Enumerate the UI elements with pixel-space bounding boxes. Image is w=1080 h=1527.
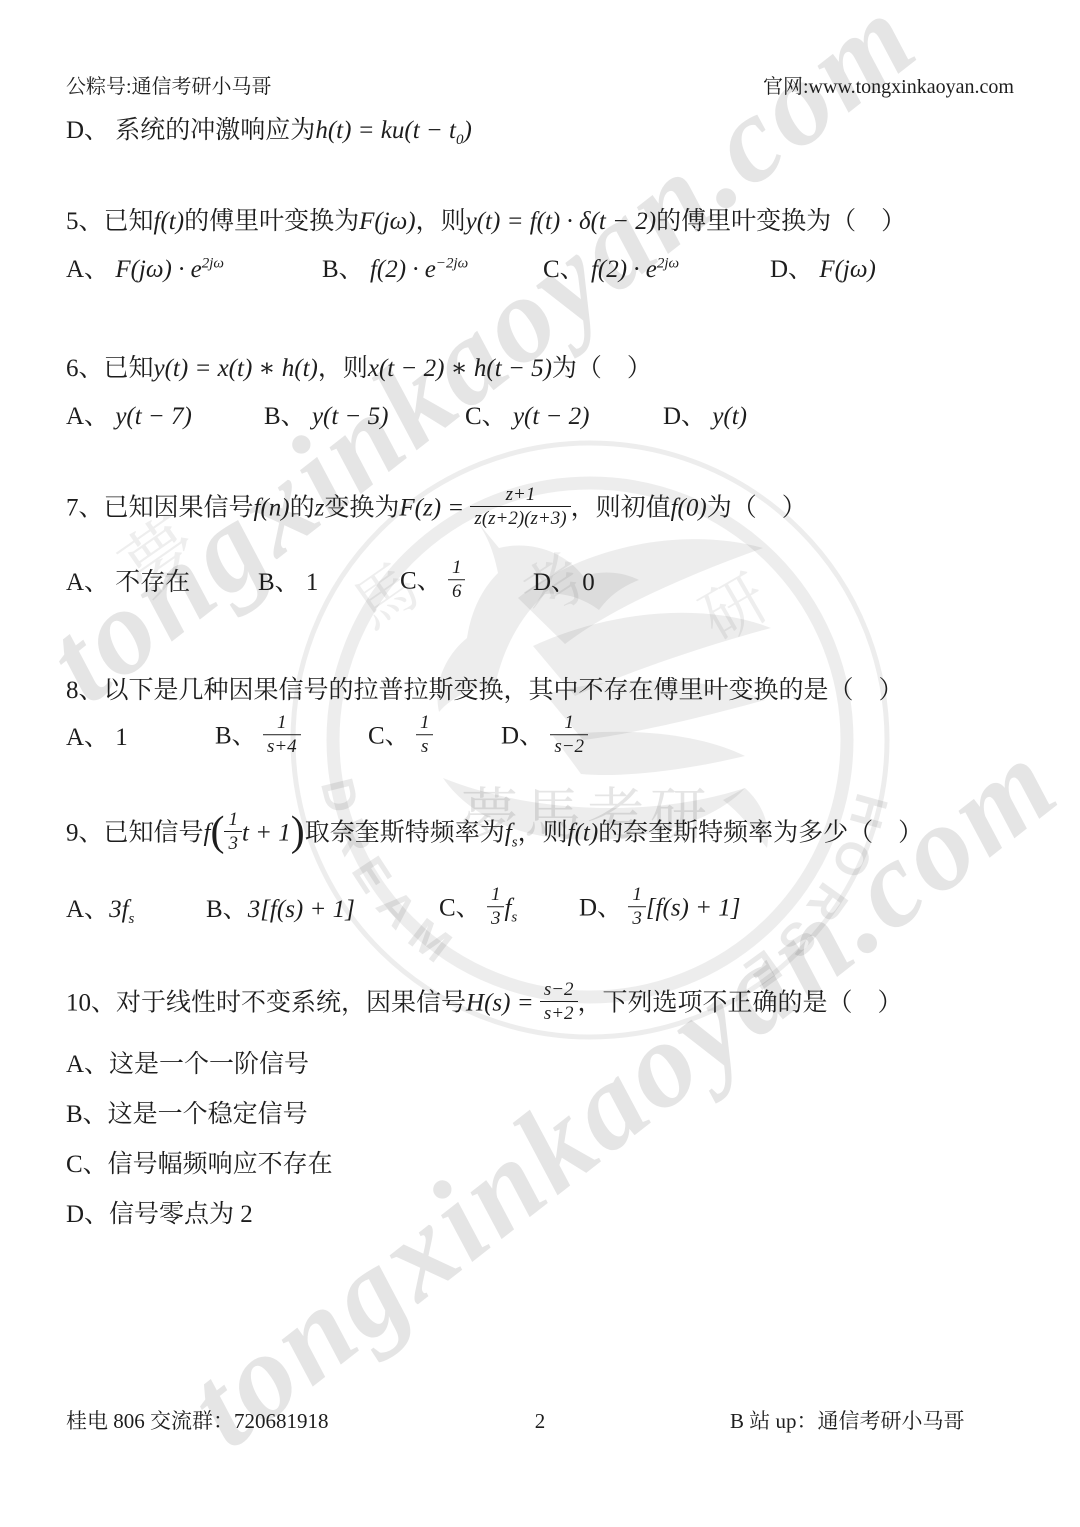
question-6-option-a: A、 y(t − 7) xyxy=(66,398,192,436)
question-7-options: A、 不存在 B、 1 C、 16 D、 0 xyxy=(0,548,1080,618)
carryover-option-d: D、 系统的冲激响应为h(t) = ku(t − t0) xyxy=(66,112,472,150)
question-6-option-b: B、 y(t − 5) xyxy=(264,398,389,436)
question-7-option-a: A、 不存在 xyxy=(66,564,190,602)
question-5-stem: 5、已知f(t)的傅里叶变换为F(jω)，则y(t) = f(t) · δ(t … xyxy=(66,203,906,241)
question-6-options: A、 y(t − 7) B、 y(t − 5) C、 y(t − 2) D、 y… xyxy=(0,392,1080,442)
header-left-account: 公粽号:通信考研小马哥 xyxy=(66,74,272,100)
question-6-option-c: C、 y(t − 2) xyxy=(465,398,590,436)
question-5-option-b: B、 f(2) · e−2jω xyxy=(322,251,468,289)
question-8-option-b: B、 1s+4 xyxy=(215,715,301,761)
question-9-stem: 9、已知信号f(13t + 1)取奈奎斯特频率为fs，则f(t)的奈奎斯特频率为… xyxy=(66,812,923,858)
question-7-option-d: D、 0 xyxy=(533,564,595,602)
footer-bilibili-up: B 站 up：通信考研小马哥 xyxy=(730,1408,965,1434)
question-5-option-d: D、 F(jω) xyxy=(770,251,876,289)
header-right-website: 官网:www.tongxinkaoyan.com xyxy=(763,74,1014,100)
question-10-stem: 10、对于线性时不变系统，因果信号H(s) = s−2s+2，下列选项不正确的是… xyxy=(66,982,903,1028)
question-8-option-a: A、 1 xyxy=(66,719,128,757)
question-6-option-d: D、 y(t) xyxy=(663,398,747,436)
question-8-option-d: D、 1s−2 xyxy=(501,715,588,761)
question-9-option-b: B、3[f(s) + 1] xyxy=(206,891,355,929)
question-9-option-a: A、3fs xyxy=(66,891,134,929)
question-10-option-a: A、这是一个一阶信号 xyxy=(66,1046,309,1084)
question-10-option-c: C、信号幅频响应不存在 xyxy=(66,1146,333,1184)
question-8-options: A、 1 B、 1s+4 C、 1s D、 1s−2 xyxy=(0,700,1080,776)
question-7-option-c: C、 16 xyxy=(400,560,465,606)
question-9-option-c: C、 13fs xyxy=(439,887,517,933)
question-5-option-a: A、 F(jω) · e2jω xyxy=(66,251,224,289)
question-8-option-c: C、 1s xyxy=(368,715,433,761)
question-9-option-d: D、 13[f(s) + 1] xyxy=(579,887,740,933)
question-10-option-d: D、信号零点为 2 xyxy=(66,1196,253,1234)
question-10-option-b: B、这是一个稳定信号 xyxy=(66,1096,308,1134)
question-5-options: A、 F(jω) · e2jω B、 f(2) · e−2jω C、 f(2) … xyxy=(0,240,1080,300)
question-5-option-c: C、 f(2) · e2jω xyxy=(543,251,679,289)
question-6-stem: 6、已知y(t) = x(t) ∗ h(t)，则x(t − 2) ∗ h(t −… xyxy=(66,350,652,388)
question-9-options: A、3fs B、3[f(s) + 1] C、 13fs D、 13[f(s) +… xyxy=(0,875,1080,945)
question-7-stem: 7、已知因果信号f(n)的z变换为F(z) = z+1z(z+2)(z+3)，则… xyxy=(66,487,807,533)
exam-page: tongxinkaoyan.com tongxinkaoyan.com 夢 馬 … xyxy=(0,0,1080,1527)
question-7-option-b: B、 1 xyxy=(258,564,318,602)
